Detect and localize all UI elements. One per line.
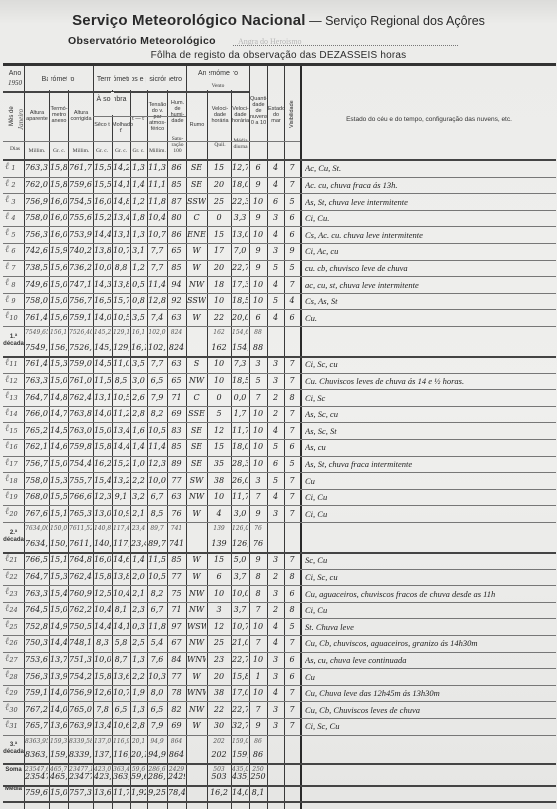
- cell-term: 13,7: [50, 655, 67, 665]
- cell-molh: 10,6: [113, 721, 129, 731]
- visibility-header: Visibilidade: [289, 100, 295, 128]
- cloud-amount-header: Quanti-dade de nuvens 0 a 10: [250, 96, 267, 126]
- cell-term: 15,1: [50, 555, 67, 565]
- cell-media: 3,7: [232, 605, 248, 615]
- cell-nuv: 10: [250, 409, 266, 419]
- cell-rumo: W: [187, 672, 206, 682]
- cell-molh: 14,1: [113, 622, 129, 632]
- row-rule: [3, 159, 556, 161]
- cell-alt_cor: 765,03: [69, 705, 92, 715]
- cell-diff: 3,5: [131, 359, 146, 369]
- cell-rumo: NW: [187, 492, 206, 502]
- cell-vis: 5: [285, 197, 299, 207]
- cell-nuv: 3: [250, 359, 266, 369]
- pencil-sum-seco: 145,2: [94, 328, 111, 338]
- cell-alt_cor: 766,69: [69, 492, 92, 502]
- cell-molh: 117,4: [113, 539, 129, 549]
- pencil-sum-term: 156,1: [50, 328, 67, 338]
- cell-seco: 12,5: [94, 589, 111, 599]
- cell-rumo: NW: [187, 605, 206, 615]
- cell-vel: 16,2: [208, 788, 230, 798]
- cell-seco: 10,0: [94, 655, 111, 665]
- cell-molh: 11,0: [113, 359, 129, 369]
- cell-tens: 10,0: [148, 476, 166, 486]
- pencil-sum-alt_cor: 7611,52: [69, 524, 92, 534]
- pencil-sum-alt_ap: 7634,00: [25, 524, 48, 534]
- cell-vel: 503: [208, 772, 230, 782]
- pencil-sum-term: 150,0: [50, 524, 67, 534]
- cell-vis: 7: [285, 492, 299, 502]
- sea-state-header: Estado do mar: [268, 106, 284, 124]
- cell-vel: 0: [208, 393, 230, 403]
- cell-vis: 8: [285, 605, 299, 615]
- cell-seco: 11,5: [94, 376, 111, 386]
- cell-media: 14,05: [232, 788, 248, 798]
- cell-media: 17,3: [232, 280, 248, 290]
- observer-initial-mark: ℓ: [5, 374, 9, 385]
- cell-mar: 3: [268, 246, 283, 256]
- cell-alt_cor: 8339,58: [69, 750, 92, 760]
- cell-nuv: 10: [250, 622, 266, 632]
- cell-diff: 1,4: [131, 555, 146, 565]
- row-rule: [3, 356, 556, 358]
- cell-nuv: 7: [250, 605, 266, 615]
- cell-alt_ap: 742,60: [25, 246, 48, 256]
- cell-alt_cor: 763,02: [69, 426, 92, 436]
- cell-alt_ap: 753,60: [25, 655, 48, 665]
- header-mask: [230, 66, 233, 90]
- observer-initial-mark: ℓ: [5, 586, 9, 597]
- cell-molh: 13,2: [113, 476, 129, 486]
- cell-hum: 85: [168, 442, 185, 452]
- cell-mar: 6: [268, 459, 283, 469]
- cell-term: 15,6: [50, 313, 67, 323]
- cell-diff: 2,8: [131, 721, 146, 731]
- cell-hum: 69: [168, 409, 185, 419]
- cell-nuv: 10: [250, 459, 266, 469]
- cell-rumo: NW: [187, 638, 206, 648]
- cell-hum: 87: [168, 197, 185, 207]
- cell-term: 13,6: [50, 721, 67, 731]
- cell-rumo: W: [187, 246, 206, 256]
- cell-vis: 8: [285, 572, 299, 582]
- cell-alt_ap: 758,05: [25, 296, 48, 306]
- cell-media: 11,7: [232, 492, 248, 502]
- cell-diff: 3,0: [131, 376, 146, 386]
- row-rule: [3, 326, 556, 327]
- cell-alt_cor: 756,99: [69, 688, 92, 698]
- cell-alt_cor: 761,75: [69, 163, 92, 173]
- cell-vel: 38: [208, 688, 230, 698]
- cell-vel: 25: [208, 638, 230, 648]
- cell-nuv: 10: [250, 688, 266, 698]
- row-rule: [3, 552, 556, 554]
- header-mask: [166, 66, 169, 90]
- observer-initial-mark: ℓ: [5, 178, 9, 189]
- cell-alt_ap: 761,45: [25, 313, 48, 323]
- row-rule: [3, 785, 556, 787]
- observatory-label: Observatório Meteorológico: [68, 35, 216, 47]
- cell-seco: 15,8: [94, 672, 111, 682]
- cell-vel: 15: [208, 442, 230, 452]
- register-table: Ano 1950 Barómetro Termómetros e psicróm…: [3, 63, 556, 809]
- cell-nuv: 76: [250, 539, 266, 549]
- cell-mar: 4: [268, 280, 283, 290]
- sky-description: Cs, As, St: [305, 296, 555, 306]
- row-rule: [3, 602, 556, 603]
- cell-term: 15,1: [50, 509, 67, 519]
- sky-description: ac, cu, st, chuva leve intermitente: [305, 280, 555, 290]
- cell-molh: 8,1: [113, 605, 129, 615]
- pencil-sum-molh: 116,9: [113, 737, 129, 747]
- sky-description: Cu, Chuva leve das 12h45m ás 13h30m: [305, 688, 555, 698]
- cell-molh: 11,72: [113, 788, 129, 798]
- cell-mar: 4: [268, 230, 283, 240]
- cell-diff: 20,1: [131, 750, 146, 760]
- summary-label: 2.ª década: [3, 530, 24, 544]
- observer-initial-mark: ℓ: [5, 506, 9, 517]
- cell-term: 15,0: [50, 605, 67, 615]
- cell-seco: 14,3: [94, 280, 111, 290]
- cell-vis: 6: [285, 589, 299, 599]
- cell-tens: 11,4: [148, 280, 166, 290]
- service-title: Serviço Meteorológico Nacional — Serviço…: [0, 12, 557, 30]
- cell-molh: 5,8: [113, 638, 129, 648]
- cell-mar: 5: [268, 263, 283, 273]
- cell-mar: 4: [268, 492, 283, 502]
- cell-seco: 16,2: [94, 459, 111, 469]
- cell-alt_ap: 752,80: [25, 622, 48, 632]
- cell-nuv: 7: [250, 492, 266, 502]
- sky-description: Ci, Sc: [305, 393, 555, 403]
- cell-molh: 11,2: [113, 409, 129, 419]
- cell-seco: 140,8: [94, 539, 111, 549]
- row-rule: [3, 618, 556, 619]
- cell-vel: 17: [208, 246, 230, 256]
- cell-nuv: 3: [250, 476, 266, 486]
- cell-media: 32,7: [232, 721, 248, 731]
- row-rule: [3, 569, 556, 570]
- cell-seco: 13,1: [94, 393, 111, 403]
- cell-term: 16,0: [50, 197, 67, 207]
- header-mask: [67, 66, 70, 90]
- header-mask: [48, 66, 51, 90]
- cell-alt_cor: 764,80: [69, 555, 92, 565]
- cell-nuv: 7: [250, 638, 266, 648]
- cell-rumo: NW: [187, 589, 206, 599]
- cell-alt_cor: 759,10: [69, 313, 92, 323]
- cell-alt_cor: 23477,19: [69, 772, 92, 782]
- cell-molh: 10,5: [113, 393, 129, 403]
- cell-alt_cor: 762,21: [69, 605, 92, 615]
- cell-seco: 14,0: [94, 313, 111, 323]
- cell-hum: 77: [168, 672, 185, 682]
- cell-alt_ap: 765,70: [25, 721, 48, 731]
- cell-alt_cor: 750,54: [69, 622, 92, 632]
- cell-tens: 10,5: [148, 572, 166, 582]
- cell-mar: 3: [268, 721, 283, 731]
- cell-rumo: SSE: [187, 409, 206, 419]
- cell-diff: 16,1: [131, 343, 146, 353]
- cell-alt_ap: 749,60: [25, 280, 48, 290]
- pencil-sum-alt_ap: 8363,95: [25, 737, 48, 747]
- cell-alt_cor: 748,12: [69, 638, 92, 648]
- hourly-speed-header: Veloci-dade horária: [208, 106, 232, 124]
- row-rule: [3, 210, 556, 211]
- cell-nuv: 9: [250, 213, 266, 223]
- cell-media: 18,5: [232, 296, 248, 306]
- sky-description: Cu, Cb, chuviscos, aguaceiros, granizo á…: [305, 638, 555, 648]
- sky-description: Ci, Cu: [305, 509, 555, 519]
- pencil-sum-nuv: 88: [250, 328, 266, 338]
- cell-alt_cor: 755,60: [69, 213, 92, 223]
- row-rule: [3, 685, 556, 686]
- cell-rumo: WNW: [187, 688, 206, 698]
- cell-diff: 59,6: [131, 772, 146, 782]
- cell-media: 22,3: [232, 197, 248, 207]
- cell-mar: 4: [268, 180, 283, 190]
- cell-mar: 4: [268, 688, 283, 698]
- observer-initial-mark: ℓ: [5, 669, 9, 680]
- cell-vis: 4: [285, 296, 299, 306]
- cell-tens: 9,25: [148, 788, 166, 798]
- cell-rumo: SE: [187, 442, 206, 452]
- pencil-sum-seco: 140,8: [94, 524, 111, 534]
- wet-bulb-header: Molhado t': [112, 122, 130, 134]
- cell-vis: 7: [285, 359, 299, 369]
- cell-diff: 1,4: [131, 442, 146, 452]
- row-rule: [3, 243, 556, 244]
- cell-diff: 0,8: [131, 296, 146, 306]
- cell-hum: 741: [168, 539, 185, 549]
- cell-tens: 7,7: [148, 246, 166, 256]
- cell-molh: 8,8: [113, 263, 129, 273]
- cell-molh: 10,5: [113, 313, 129, 323]
- cell-media: 126,0: [232, 539, 248, 549]
- cell-molh: 9,1: [113, 492, 129, 502]
- cell-mar: 5: [268, 296, 283, 306]
- cell-tens: 11,3: [148, 163, 166, 173]
- cell-nuv: 10: [250, 655, 266, 665]
- days-label: Dias: [5, 146, 25, 152]
- observatory-value: Angra do Heroismo: [238, 37, 302, 46]
- cell-alt_ap: 762,00: [25, 180, 48, 190]
- cell-alt_cor: 762,48: [69, 393, 92, 403]
- cell-mar: 5: [268, 476, 283, 486]
- observer-initial-mark: ℓ: [5, 357, 9, 368]
- pencil-sum-hum: 741: [168, 524, 185, 534]
- cell-mar: 5: [268, 442, 283, 452]
- cell-vel: 18: [208, 280, 230, 290]
- cell-term: 14,0: [50, 688, 67, 698]
- cell-diff: 2,8: [131, 409, 146, 419]
- header-mask: [146, 66, 149, 90]
- cell-mar: 3: [268, 359, 283, 369]
- observer-initial-mark: ℓ: [5, 440, 9, 451]
- observer-initial-mark: ℓ: [5, 473, 9, 484]
- cell-tens: 11,1: [148, 180, 166, 190]
- cell-media: 12,7: [232, 163, 248, 173]
- cell-alt_cor: 759,08: [69, 359, 92, 369]
- cell-mar: 3: [268, 555, 283, 565]
- cell-rumo: SE: [187, 426, 206, 436]
- cell-vel: 10: [208, 359, 230, 369]
- cell-seco: 12,3: [94, 492, 111, 502]
- pencil-sum-vel: 139: [208, 524, 230, 534]
- pencil-sum-diff: 16,1: [131, 328, 146, 338]
- cell-media: 22,7: [232, 705, 248, 715]
- cell-mar: 4: [268, 163, 283, 173]
- cell-rumo: WNW: [187, 655, 206, 665]
- row-rule: [3, 276, 556, 277]
- cell-seco: 137,0: [94, 750, 111, 760]
- cell-hum: 85: [168, 263, 185, 273]
- pencil-sum-tens: 94,9: [148, 737, 166, 747]
- cell-rumo: NW: [187, 376, 206, 386]
- cell-alt_cor: 740,25: [69, 246, 92, 256]
- cell-alt_ap: 766,05: [25, 409, 48, 419]
- cell-media: 13,0: [232, 230, 248, 240]
- cell-alt_cor: 751,30: [69, 655, 92, 665]
- observer-initial-mark: ℓ: [5, 194, 9, 205]
- pencil-sum-nuv: 86: [250, 737, 266, 747]
- cell-hum: 77: [168, 476, 185, 486]
- cell-diff: 2,6: [131, 393, 146, 403]
- cell-nuv: 7: [250, 393, 266, 403]
- cell-diff: 2,3: [131, 605, 146, 615]
- cell-vel: 10: [208, 492, 230, 502]
- row-rule: [3, 635, 556, 636]
- cell-molh: 13,4: [113, 213, 129, 223]
- cell-tens: 7,7: [148, 359, 166, 369]
- cell-vis: 5: [285, 263, 299, 273]
- cell-alt_ap: 758,00: [25, 213, 48, 223]
- cell-tens: 94,9: [148, 750, 166, 760]
- cell-rumo: S: [187, 359, 206, 369]
- row-rule: [3, 718, 556, 719]
- cell-tens: 10,5: [148, 426, 166, 436]
- cell-mar: 6: [268, 197, 283, 207]
- cell-mar: 3: [268, 672, 283, 682]
- row-rule: [3, 763, 556, 765]
- cell-vel: 38: [208, 476, 230, 486]
- cell-alt_ap: 750,30: [25, 638, 48, 648]
- cell-alt_ap: 767,65: [25, 509, 48, 519]
- observer-initial-mark: ℓ: [5, 636, 9, 647]
- pencil-sum-hum: 864: [168, 737, 185, 747]
- cell-tens: 10,3: [148, 672, 166, 682]
- pencil-sum-alt_cor: 8339,58: [69, 737, 92, 747]
- cell-media: 22,7: [232, 655, 248, 665]
- pencil-sum-diff: 20,1: [131, 737, 146, 747]
- vapour-tension-header: Tensão do v. par atmos-férico: [148, 102, 167, 132]
- cell-nuv: 10: [250, 442, 266, 452]
- cell-hum: 86: [168, 230, 185, 240]
- observer-initial-mark: ℓ: [5, 553, 9, 564]
- cell-nuv: 9: [250, 509, 266, 519]
- cell-tens: 11,8: [148, 622, 166, 632]
- row-rule: [3, 309, 556, 310]
- cell-nuv: 10: [250, 280, 266, 290]
- cell-mar: 3: [268, 655, 283, 665]
- cell-mar: 2: [268, 409, 283, 419]
- cell-hum: 71: [168, 605, 185, 615]
- cell-hum: 92: [168, 296, 185, 306]
- cell-term: 465,7: [50, 772, 67, 782]
- cell-alt_ap: 756,70: [25, 459, 48, 469]
- cell-rumo: W: [187, 721, 206, 731]
- cell-hum: 864: [168, 750, 185, 760]
- cell-nuv: 6: [250, 313, 266, 323]
- cell-rumo: SW: [187, 476, 206, 486]
- cell-rumo: W: [187, 572, 206, 582]
- cell-molh: 10,9: [113, 509, 129, 519]
- cell-alt_cor: 765,34: [69, 509, 92, 519]
- cell-rumo: WSW: [187, 622, 206, 632]
- cell-term: 159,3: [50, 750, 67, 760]
- cell-tens: 12,3: [148, 459, 166, 469]
- cell-tens: 102,0: [148, 343, 166, 353]
- cell-mar: 2: [268, 393, 283, 403]
- dry-bulb-header: Sêco t: [93, 122, 111, 128]
- row-rule: [3, 456, 556, 457]
- cell-media: 10,7: [232, 622, 248, 632]
- cell-alt_cor: 747,14: [69, 280, 92, 290]
- cell-vel: 5: [208, 409, 230, 419]
- row-rule: [3, 505, 556, 506]
- row-rule: [3, 141, 300, 142]
- cell-media: 28,3: [232, 459, 248, 469]
- row-rule: [3, 522, 556, 523]
- observer-initial-mark: ℓ: [5, 619, 9, 630]
- cell-term: 15,8: [50, 163, 67, 173]
- cell-alt_ap: 763,35: [25, 376, 48, 386]
- cell-diff: 2,1: [131, 509, 146, 519]
- cell-alt_ap: 8363,95: [25, 750, 48, 760]
- cell-molh: 8,5: [113, 376, 129, 386]
- cell-media: 154,6: [232, 343, 248, 353]
- cell-term: 15,6: [50, 263, 67, 273]
- cell-seco: 15,4: [94, 476, 111, 486]
- cell-term: 15,02: [50, 788, 67, 798]
- cell-diff: 1,8: [131, 213, 146, 223]
- cell-term: 14,5: [50, 426, 67, 436]
- cell-vis: 7: [285, 180, 299, 190]
- sky-description: Ci, Cu.: [305, 213, 555, 223]
- cell-diff: 1,3: [131, 705, 146, 715]
- cell-term: 15,8: [50, 180, 67, 190]
- cell-alt_ap: 7549,65: [25, 343, 48, 353]
- cell-diff: 1,9: [131, 688, 146, 698]
- cell-vis: 7: [285, 163, 299, 173]
- cell-tens: 11,8: [148, 197, 166, 207]
- year-value: 1950: [5, 79, 25, 87]
- cell-seco: 16,0: [94, 197, 111, 207]
- cell-vis: 6: [285, 655, 299, 665]
- cell-seco: 15,0: [94, 426, 111, 436]
- sky-description: Sc, Cu: [305, 555, 555, 565]
- cell-molh: 363,4: [113, 772, 129, 782]
- cell-vel: 15: [208, 230, 230, 240]
- cell-diff: 1,2: [131, 197, 146, 207]
- cell-alt_ap: 763,30: [25, 589, 48, 599]
- cell-alt_cor: 754,43: [69, 459, 92, 469]
- cell-nuv: 9: [250, 555, 266, 565]
- cell-vis: 5: [285, 622, 299, 632]
- sky-description: Ci, Sc, Cu: [305, 721, 555, 731]
- sky-description: Ci, Sc, cu: [305, 359, 555, 369]
- cell-molh: 14,6: [113, 555, 129, 565]
